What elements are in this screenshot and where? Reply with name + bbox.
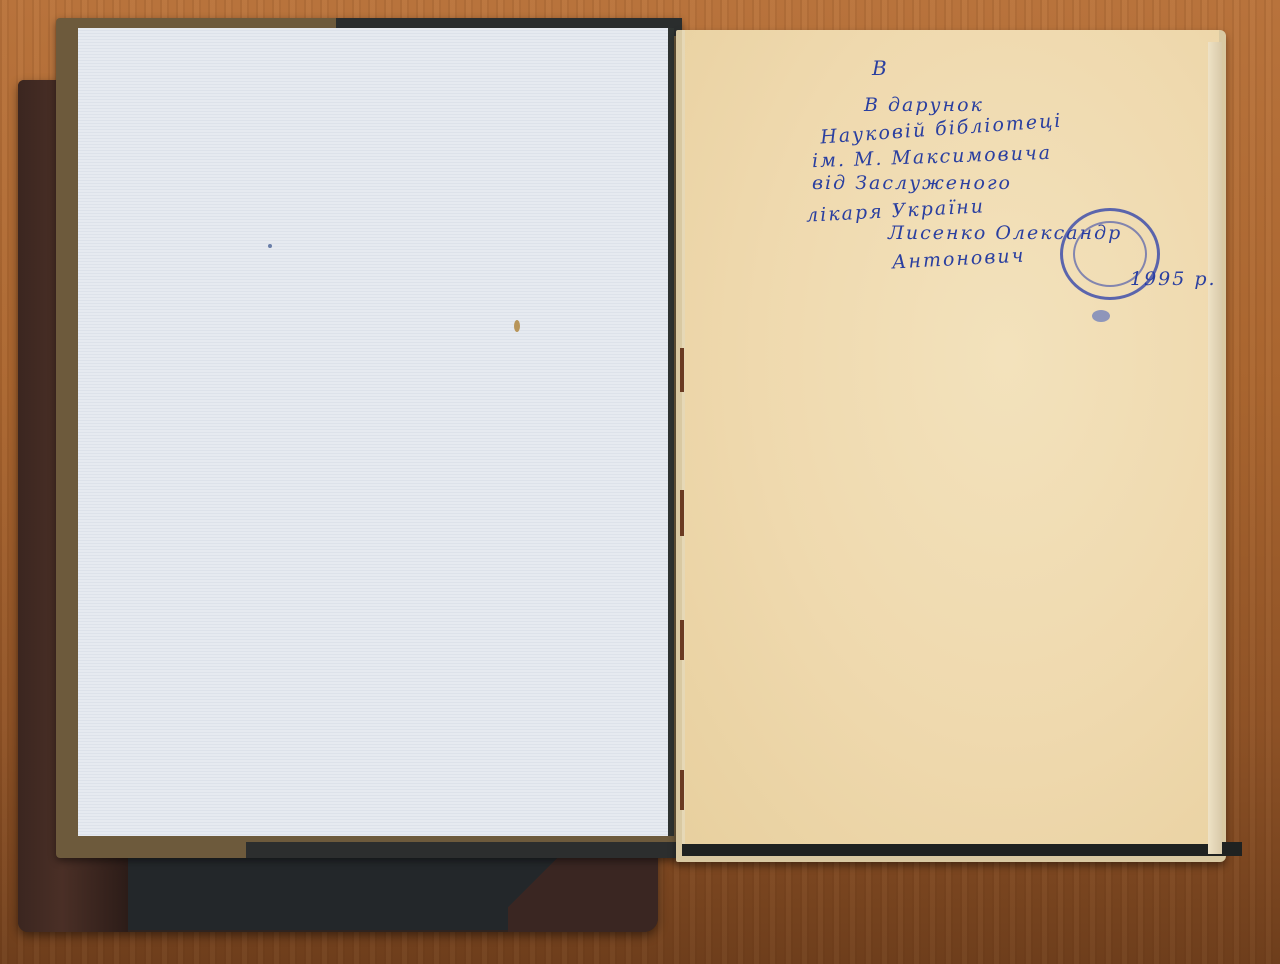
cloth-cover-panel (128, 850, 558, 930)
stamp-inner-ring (1073, 221, 1147, 287)
inscription-line: Антонович (892, 245, 1026, 274)
binding-stitch (680, 348, 684, 392)
inscription-line: В (872, 56, 889, 80)
binding-stitch (680, 490, 684, 536)
round-ink-stamp (1060, 208, 1160, 300)
left-endpaper (78, 28, 674, 836)
binding-stitch (680, 620, 684, 660)
cover-bottom-edge (246, 842, 682, 858)
inscription-line: В дарунок (864, 94, 984, 116)
inscription-line: від Заслуженого (812, 172, 1012, 194)
binding-stitch (680, 770, 684, 810)
ink-blot (1092, 310, 1110, 322)
back-binding-edge (682, 842, 1242, 856)
ink-dot (268, 244, 272, 248)
stain-spot (514, 320, 520, 332)
